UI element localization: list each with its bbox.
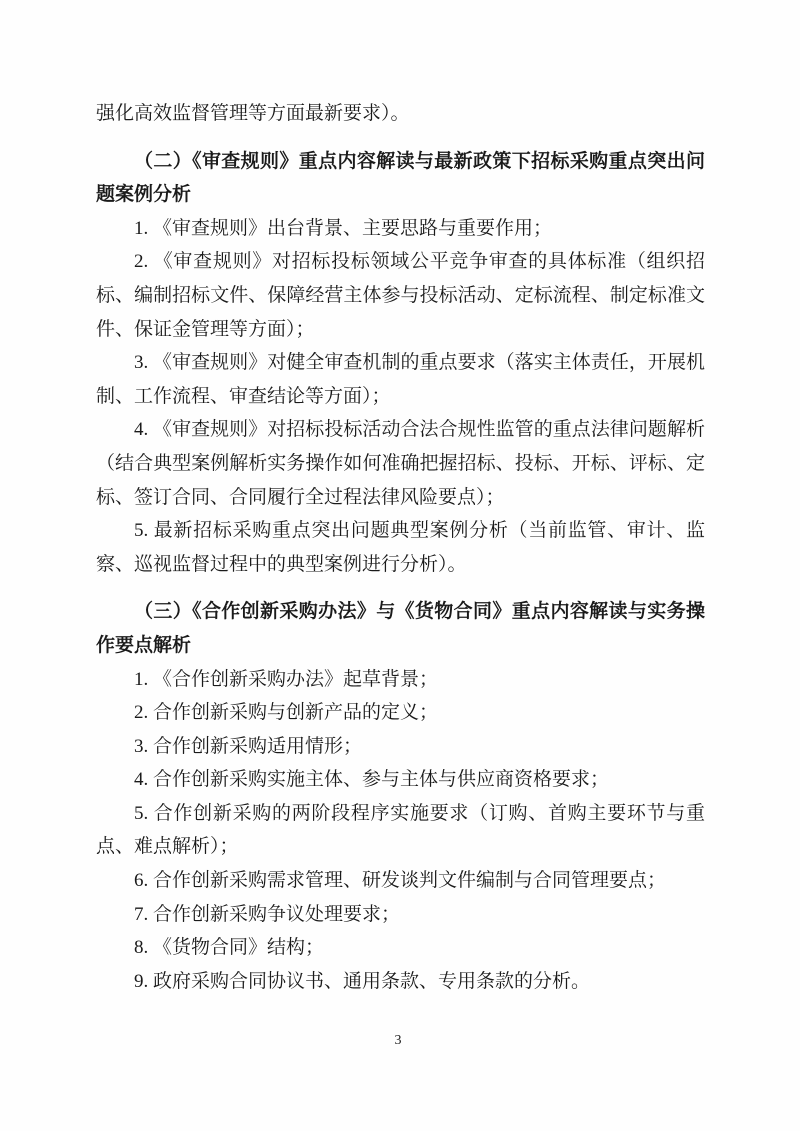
list-item: 7. 合作创新采购争议处理要求； [96,898,705,932]
list-item: 4. 合作创新采购实施主体、参与主体与供应商资格要求； [96,763,705,797]
list-item: 8. 《货物合同》结构； [96,931,705,965]
list-item: 1. 《合作创新采购办法》起草背景； [96,663,705,697]
list-item: 9. 政府采购合同协议书、通用条款、专用条款的分析。 [96,965,705,999]
page-footer: 3 [0,1031,796,1049]
list-item: 5. 合作创新采购的两阶段程序实施要求（订购、首购主要环节与重点、难点解析）； [96,797,705,864]
page-number: 3 [395,1033,402,1048]
list-item: 3. 《审查规则》对健全审查机制的重点要求（落实主体责任，开展机制、工作流程、审… [96,346,705,413]
list-item: 2. 合作创新采购与创新产品的定义； [96,696,705,730]
list-item: 2. 《审查规则》对招标投标领域公平竞争审查的具体标准（组织招标、编制招标文件、… [96,245,705,346]
list-item: 6. 合作创新采购需求管理、研发谈判文件编制与合同管理要点； [96,864,705,898]
section-heading-3: （三）《合作创新采购办法》与《货物合同》重点内容解读与实务操作要点解析 [96,595,705,662]
section-heading-2: （二）《审查规则》重点内容解读与最新政策下招标采购重点突出问题案例分析 [96,145,705,212]
list-item: 5. 最新招标采购重点突出问题典型案例分析（当前监管、审计、监察、巡视监督过程中… [96,514,705,581]
list-item: 3. 合作创新采购适用情形； [96,730,705,764]
document-page: 强化高效监督管理等方面最新要求）。 （二）《审查规则》重点内容解读与最新政策下招… [0,0,800,1131]
list-item: 4. 《审查规则》对招标投标活动合法合规性监管的重点法律问题解析（结合典型案例解… [96,413,705,514]
continuation-paragraph: 强化高效监督管理等方面最新要求）。 [96,97,705,131]
list-item: 1. 《审查规则》出台背景、主要思路与重要作用； [96,212,705,246]
